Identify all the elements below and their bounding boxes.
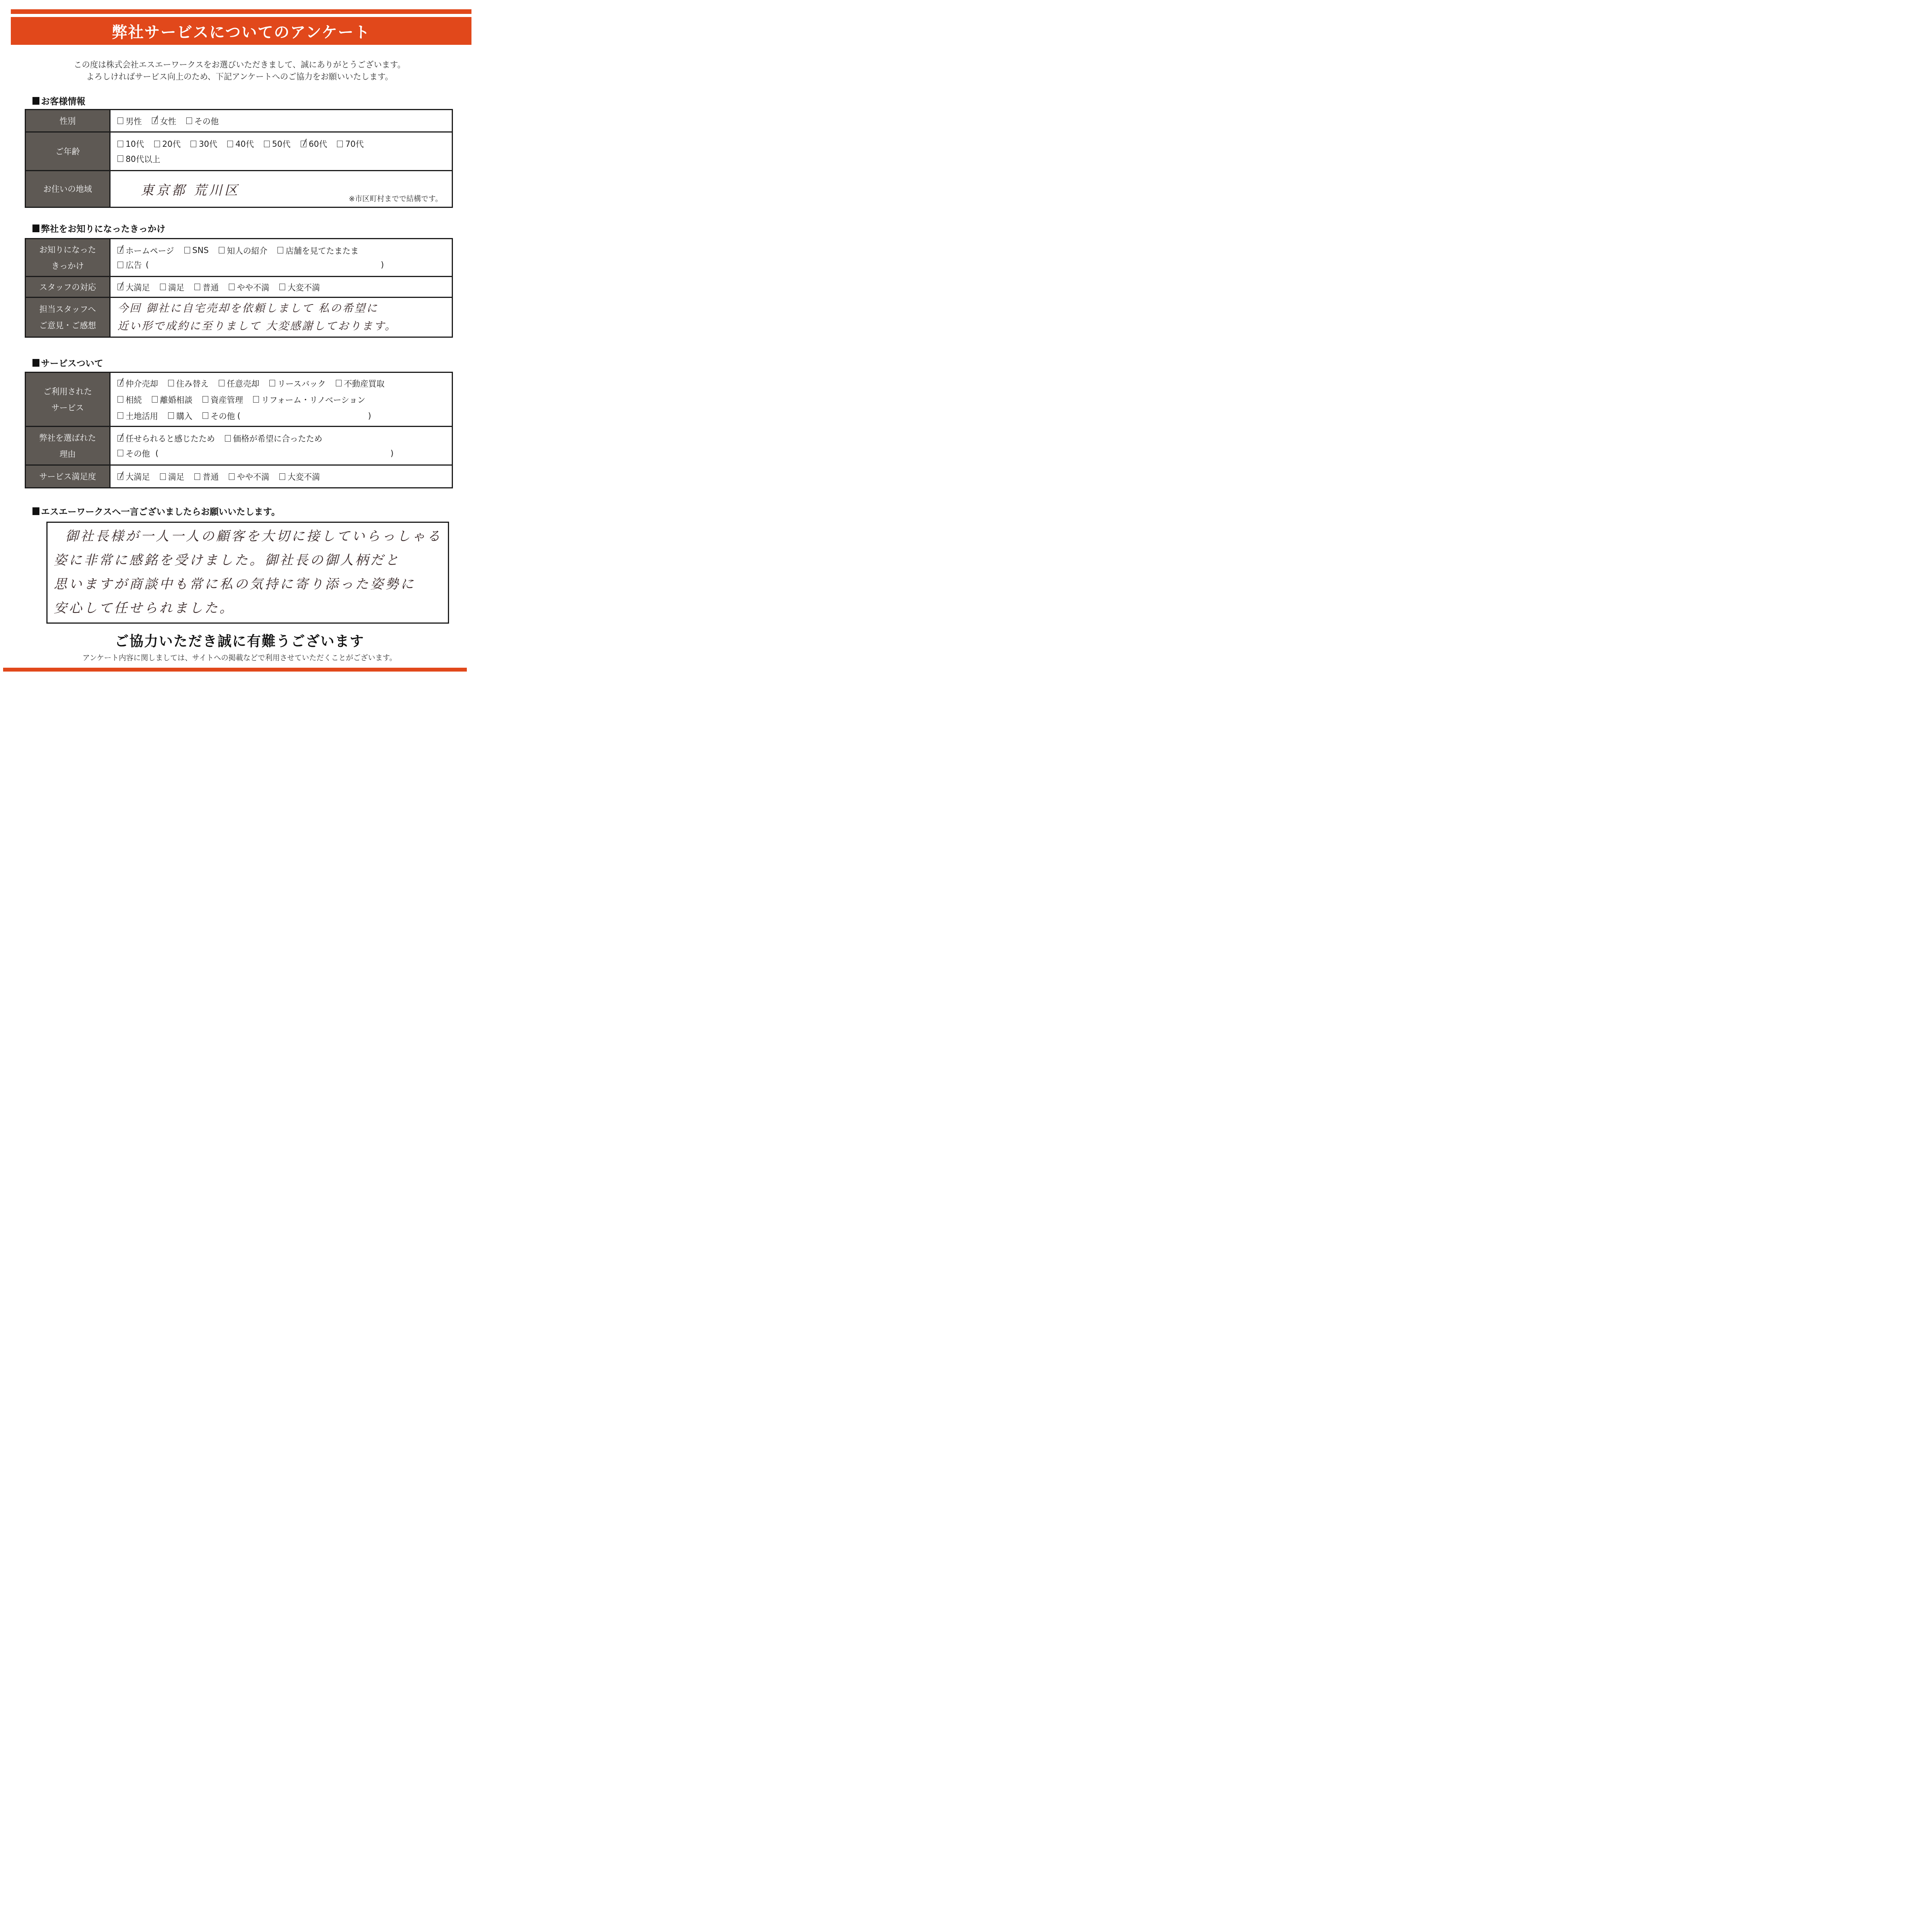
service-other-detail-field[interactable]: ( ) (237, 411, 371, 420)
comment-field[interactable]: 御社長様が一人一人の顧客を大切に接していらっしゃる 姿に非常に感銘を受けました。… (46, 522, 449, 624)
section-heading-text: サービスついて (41, 356, 103, 369)
gender-option-female[interactable]: 女性 (152, 115, 176, 127)
section-heading-text: エスエーワークスへ一言ございましたらお願いいたします。 (41, 505, 280, 517)
section-heading-discovery: 弊社をお知りになったきっかけ (32, 222, 165, 235)
age-option-10s[interactable]: 10代 (117, 138, 144, 150)
region-row: お住いの地域 東京都 荒川区 ※市区町村までで結構です。 (26, 171, 452, 207)
staff-options: 大満足 満足 普通 やや不満 大変不満 (111, 277, 452, 297)
age-option-70s[interactable]: 70代 (337, 138, 364, 150)
reason-option-other[interactable]: その他 (117, 447, 150, 459)
service-option-brokerage-sale[interactable]: 仲介売却 (117, 378, 158, 389)
service-option-asset-management[interactable]: 資産管理 (202, 394, 243, 405)
staff-option-somewhat-dissatisfied[interactable]: やや不満 (229, 281, 269, 293)
square-bullet-icon (32, 224, 39, 232)
comment-line-2: 姿に非常に感銘を受けました。御社長の御人柄だと (54, 548, 442, 572)
gender-row: 性別 男性 女性 その他 (26, 110, 452, 133)
gender-label: 性別 (26, 110, 111, 131)
region-field[interactable]: 東京都 荒川区 ※市区町村までで結構です。 (111, 171, 452, 207)
checkbox[interactable] (160, 473, 166, 480)
trigger-label: お知りになった きっかけ (26, 239, 111, 276)
trigger-option-sns[interactable]: SNS (184, 246, 209, 255)
intro-line-2: よろしければサービス向上のため、下記アンケートへのご協力をお願いいたします。 (0, 71, 479, 83)
service-option-renovation[interactable]: リフォーム・リノベーション (253, 394, 365, 405)
checkbox[interactable] (264, 141, 270, 147)
thanks-message: ご協力いただき誠に有難うございます (0, 631, 479, 650)
title-band: 弊社サービスについてのアンケート (11, 17, 471, 45)
section-heading-text: 弊社をお知りになったきっかけ (41, 222, 165, 235)
checkbox[interactable] (279, 284, 285, 290)
opinion-row: 担当スタッフへ ご意見・ご感想 今回 御社に自宅売却を依頼しまして 私の希望に … (26, 298, 452, 337)
checkbox[interactable] (202, 396, 208, 403)
reason-row: 弊社を選ばれた 理由 任せられると感じたため 価格が希望に合ったため その他 (… (26, 427, 452, 466)
advertisement-detail-field[interactable]: ( ) (146, 260, 384, 269)
service-table: ご利用された サービス 仲介売却 住み替え 任意売却 リースバック 不動産買取 … (25, 372, 453, 488)
checkbox[interactable] (117, 247, 123, 253)
checkbox[interactable] (194, 473, 200, 480)
discovery-table: お知りになった きっかけ ホームページ SNS 知人の紹介 店舗を見てたまたま … (25, 238, 453, 338)
staff-row: スタッフの対応 大満足 満足 普通 やや不満 大変不満 (26, 277, 452, 298)
age-option-40s[interactable]: 40代 (227, 138, 254, 150)
age-option-80s-plus[interactable]: 80代以上 (117, 153, 160, 165)
page-title: 弊社サービスについてのアンケート (112, 20, 371, 42)
checkbox[interactable] (117, 473, 123, 480)
trigger-option-homepage[interactable]: ホームページ (117, 245, 174, 256)
comment-line-3: 思いますが商談中も常に私の気持に寄り添った姿勢に (54, 572, 442, 596)
age-option-20s[interactable]: 20代 (154, 138, 181, 150)
checkbox[interactable] (194, 284, 200, 290)
gender-options: 男性 女性 その他 (111, 110, 452, 131)
checkbox[interactable] (277, 247, 283, 253)
opinion-field[interactable]: 今回 御社に自宅売却を依頼しまして 私の希望に 近い形で成約に至りまして 大変感… (111, 298, 452, 337)
staff-label: スタッフの対応 (26, 277, 111, 297)
trigger-option-storefront[interactable]: 店舗を見てたまたま (277, 245, 359, 256)
satisfaction-option-satisfied[interactable]: 満足 (160, 471, 184, 482)
bottom-accent-band (3, 668, 467, 672)
checkbox[interactable] (229, 284, 235, 290)
square-bullet-icon (32, 97, 39, 105)
service-option-inheritance[interactable]: 相続 (117, 394, 142, 405)
satisfaction-option-neutral[interactable]: 普通 (194, 471, 219, 482)
checkbox[interactable] (152, 396, 158, 403)
disclaimer-text: アンケート内容に関しましては、サイトへの掲載などで利用させていただくことがござい… (0, 652, 479, 663)
staff-option-very-dissatisfied[interactable]: 大変不満 (279, 281, 320, 293)
reason-option-price[interactable]: 価格が希望に合ったため (225, 432, 322, 444)
service-option-purchase[interactable]: 購入 (168, 410, 192, 422)
section-heading-service: サービスついて (32, 356, 103, 369)
reason-other-detail-field[interactable]: ( ) (155, 449, 393, 458)
square-bullet-icon (32, 359, 39, 367)
opinion-line-1: 今回 御社に自宅売却を依頼しまして 私の希望に (117, 299, 445, 317)
checkbox[interactable] (117, 435, 123, 442)
checkbox[interactable] (168, 412, 174, 419)
satisfaction-option-somewhat-dissatisfied[interactable]: やや不満 (229, 471, 269, 482)
checkbox[interactable] (117, 155, 123, 162)
age-options: 10代 20代 30代 40代 50代 60代 70代 80代以上 (111, 133, 452, 170)
satisfaction-options: 大満足 満足 普通 やや不満 大変不満 (111, 466, 452, 487)
checkbox[interactable] (279, 473, 285, 480)
checkbox[interactable] (168, 380, 174, 386)
checkbox[interactable] (117, 412, 123, 419)
staff-option-very-satisfied[interactable]: 大満足 (117, 281, 150, 293)
used-service-label: ご利用された サービス (26, 373, 111, 426)
service-option-other[interactable]: その他 (202, 410, 235, 422)
checkbox[interactable] (219, 247, 225, 253)
checkbox[interactable] (337, 141, 343, 147)
checkbox[interactable] (253, 396, 259, 403)
checkbox[interactable] (225, 435, 231, 442)
square-bullet-icon (32, 507, 39, 515)
checkbox[interactable] (186, 117, 192, 124)
used-service-row: ご利用された サービス 仲介売却 住み替え 任意売却 リースバック 不動産買取 … (26, 373, 452, 427)
satisfaction-row: サービス満足度 大満足 満足 普通 やや不満 大変不満 (26, 466, 452, 487)
service-option-voluntary-sale[interactable]: 任意売却 (219, 378, 259, 389)
checkbox[interactable] (269, 380, 275, 386)
checkbox[interactable] (117, 117, 123, 124)
satisfaction-option-very-satisfied[interactable]: 大満足 (117, 471, 150, 482)
checkbox[interactable] (154, 141, 160, 147)
service-option-land-use[interactable]: 土地活用 (117, 410, 158, 422)
section-heading-customer-info: お客様情報 (32, 94, 85, 107)
checkbox[interactable] (184, 247, 190, 253)
gender-option-other[interactable]: その他 (186, 115, 219, 127)
service-option-relocation[interactable]: 住み替え (168, 378, 209, 389)
opinion-line-2: 近い形で成約に至りまして 大変感謝しております。 (117, 317, 445, 335)
intro-line-1: この度は株式会社エスエーワークスをお選びいただきまして、誠にありがとうございます… (0, 59, 479, 71)
checkbox[interactable] (229, 473, 235, 480)
age-option-50s[interactable]: 50代 (264, 138, 291, 150)
age-row: ご年齢 10代 20代 30代 40代 50代 60代 70代 80代以上 (26, 133, 452, 171)
checkbox[interactable] (301, 141, 306, 147)
intro-text: この度は株式会社エスエーワークスをお選びいただきまして、誠にありがとうございます… (0, 59, 479, 83)
comment-line-4: 安心して任せられました。 (54, 596, 442, 620)
age-label: ご年齢 (26, 133, 111, 170)
age-option-30s[interactable]: 30代 (191, 138, 217, 150)
region-label: お住いの地域 (26, 171, 111, 207)
region-note: ※市区町村までで結構です。 (349, 193, 442, 204)
trigger-option-referral[interactable]: 知人の紹介 (219, 245, 267, 256)
reason-options: 任せられると感じたため 価格が希望に合ったため その他 ( ) (111, 427, 452, 464)
opinion-label: 担当スタッフへ ご意見・ご感想 (26, 298, 111, 337)
gender-option-male[interactable]: 男性 (117, 115, 142, 127)
checkbox[interactable] (117, 284, 123, 290)
checkbox[interactable] (219, 380, 225, 386)
section-heading-comment: エスエーワークスへ一言ございましたらお願いいたします。 (32, 505, 280, 517)
used-service-options: 仲介売却 住み替え 任意売却 リースバック 不動産買取 相続 離婚相談 資産管理… (111, 373, 452, 426)
satisfaction-option-very-dissatisfied[interactable]: 大変不満 (279, 471, 320, 482)
checkbox[interactable] (202, 412, 208, 419)
trigger-option-advertisement[interactable]: 広告 (117, 259, 142, 270)
comment-line-1: 御社長様が一人一人の顧客を大切に接していらっしゃる (54, 524, 442, 548)
checkbox[interactable] (117, 141, 123, 147)
staff-option-satisfied[interactable]: 満足 (160, 281, 184, 293)
trigger-row: お知りになった きっかけ ホームページ SNS 知人の紹介 店舗を見てたまたま … (26, 239, 452, 277)
staff-option-neutral[interactable]: 普通 (194, 281, 219, 293)
checkbox[interactable] (227, 141, 233, 147)
checkbox[interactable] (117, 262, 123, 268)
trigger-options: ホームページ SNS 知人の紹介 店舗を見てたまたま 広告 ( ) (111, 239, 452, 276)
checkbox[interactable] (191, 141, 196, 147)
checkbox[interactable] (152, 117, 158, 124)
reason-option-trust[interactable]: 任せられると感じたため (117, 432, 215, 444)
checkbox[interactable] (117, 396, 123, 403)
service-option-leaseback[interactable]: リースバック (269, 378, 326, 389)
section-heading-text: お客様情報 (41, 94, 85, 107)
satisfaction-label: サービス満足度 (26, 466, 111, 487)
title-band-accent-line (11, 9, 471, 14)
service-option-divorce-consultation[interactable]: 離婚相談 (152, 394, 192, 405)
checkbox[interactable] (160, 284, 166, 290)
checkbox[interactable] (336, 380, 342, 386)
reason-label: 弊社を選ばれた 理由 (26, 427, 111, 464)
age-option-60s[interactable]: 60代 (301, 138, 327, 150)
checkbox[interactable] (117, 380, 123, 386)
checkbox[interactable] (117, 450, 123, 456)
service-option-real-estate-purchase[interactable]: 不動産買取 (336, 378, 385, 389)
customer-info-table: 性別 男性 女性 その他 ご年齢 10代 20代 30代 40代 50代 60代… (25, 109, 453, 208)
